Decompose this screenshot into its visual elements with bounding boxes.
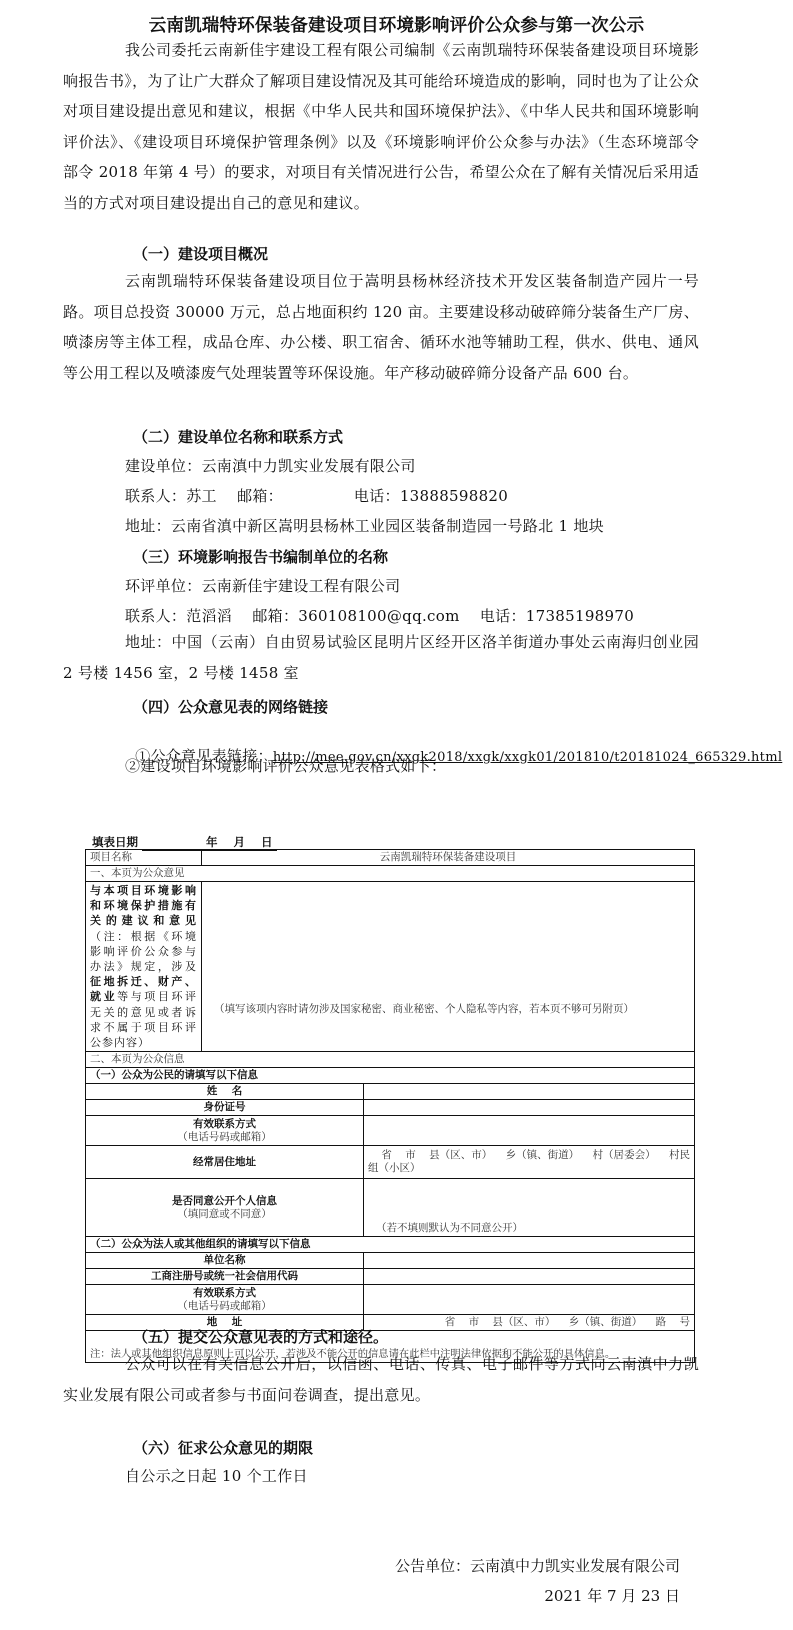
opinion-hint: （填写该项内容时请勿涉及国家秘密、商业秘密、个人隐私等内容，若本页不够可另附页） bbox=[214, 1003, 690, 1016]
citizen-address-input[interactable]: 省 市 县（区、市） 乡（镇、街道） 村（居委会） 村民组（小区） bbox=[364, 1146, 695, 1179]
citizen-address-label: 经常居住地址 bbox=[86, 1146, 364, 1179]
org-contact-label: 有效联系方式 （电话号码或邮箱） bbox=[86, 1285, 364, 1315]
org-code-input[interactable] bbox=[364, 1269, 695, 1285]
citizen-consent-label: 是否同意公开个人信息 （填同意或不同意） bbox=[86, 1179, 364, 1237]
section-6-body: 自公示之日起 10 个工作日 bbox=[125, 1466, 308, 1486]
project-name-label: 项目名称 bbox=[86, 850, 202, 866]
section-3-heading: （三）环境影响报告书编制单位的名称 bbox=[133, 547, 388, 567]
org-contact-input[interactable] bbox=[364, 1285, 695, 1315]
citizen-name-input[interactable] bbox=[364, 1084, 695, 1100]
org-name-label: 单位名称 bbox=[86, 1253, 364, 1269]
org-name-input[interactable] bbox=[364, 1253, 695, 1269]
opinion-form-table: 项目名称 云南凯瑞特环保装备建设项目 一、本页为公众意见 与本项目环境影响和环境… bbox=[85, 849, 695, 1363]
section-5-body: 公众可以在有关信息公开后，以信函、电话、传真、电子邮件等方式向云南滇中力凯实业发… bbox=[63, 1349, 699, 1410]
signature-unit: 公告单位：云南滇中力凯实业发展有限公司 bbox=[395, 1556, 680, 1576]
org-header: （二）公众为法人或其他组织的请填写以下信息 bbox=[86, 1237, 695, 1253]
eia-unit: 环评单位：云南新佳宇建设工程有限公司 bbox=[125, 576, 400, 596]
section-6-heading: （六）征求公众意见的期限 bbox=[133, 1438, 313, 1458]
opinion-input-area[interactable]: （填写该项内容时请勿涉及国家秘密、商业秘密、个人隐私等内容，若本页不够可另附页） bbox=[202, 882, 695, 1052]
eia-contact: 联系人：范滔滔 邮箱：360108100@qq.com 电话：173851989… bbox=[125, 606, 634, 626]
page-title: 云南凯瑞特环保装备建设项目环境影响评价公众参与第一次公示 bbox=[0, 12, 793, 37]
construction-address: 地址：云南省滇中新区嵩明县杨林工业园区装备制造园一号路北 1 地块 bbox=[125, 516, 604, 536]
opinion-label: 与本项目环境影响和环境保护措施有关的建议和意见（注：根据《环境影响评价公众参与办… bbox=[86, 882, 202, 1052]
citizen-id-input[interactable] bbox=[364, 1100, 695, 1116]
org-address-input[interactable]: 省 市 县（区、市） 乡（镇、街道） 路 号 bbox=[364, 1315, 695, 1331]
section-1-heading: （一）建设项目概况 bbox=[133, 244, 268, 264]
part1-header: 一、本页为公众意见 bbox=[86, 866, 695, 882]
citizen-id-label: 身份证号 bbox=[86, 1100, 364, 1116]
org-code-label: 工商注册号或统一社会信用代码 bbox=[86, 1269, 364, 1285]
section-5-heading: （五）提交公众意见表的方式和途径。 bbox=[133, 1327, 388, 1347]
citizen-header: （一）公众为公民的请填写以下信息 bbox=[86, 1068, 695, 1084]
intro-paragraph: 我公司委托云南新佳宇建设工程有限公司编制《云南凯瑞特环保装备建设项目环境影响报告… bbox=[63, 35, 699, 219]
citizen-name-label: 姓 名 bbox=[86, 1084, 364, 1100]
project-name-value: 云南凯瑞特环保装备建设项目 bbox=[202, 850, 695, 866]
part2-header: 二、本页为公众信息 bbox=[86, 1052, 695, 1068]
eia-address: 地址：中国（云南）自由贸易试验区昆明片区经开区洛羊街道办事处云南海归创业园 2 … bbox=[63, 627, 699, 688]
signature-date: 2021 年 7 月 23 日 bbox=[544, 1586, 680, 1606]
citizen-contact-label: 有效联系方式 （电话号码或邮箱） bbox=[86, 1116, 364, 1146]
construction-unit: 建设单位：云南滇中力凯实业发展有限公司 bbox=[125, 456, 416, 476]
form-date-label: 填表日期 bbox=[92, 835, 138, 849]
section-4-heading: （四）公众意见表的网络链接 bbox=[133, 697, 328, 717]
citizen-consent-input[interactable]: （若不填则默认为不同意公开） bbox=[364, 1179, 695, 1237]
section-2-heading: （二）建设单位名称和联系方式 bbox=[133, 427, 343, 447]
format-label: ②建设项目环境影响评价公众意见表格式如下： bbox=[125, 756, 446, 776]
construction-contact: 联系人：苏工 邮箱： 电话：13888598820 bbox=[125, 486, 508, 506]
section-1-body: 云南凯瑞特环保装备建设项目位于嵩明县杨林经济技术开发区装备制造产园片一号路。项目… bbox=[63, 266, 699, 388]
citizen-contact-input[interactable] bbox=[364, 1116, 695, 1146]
